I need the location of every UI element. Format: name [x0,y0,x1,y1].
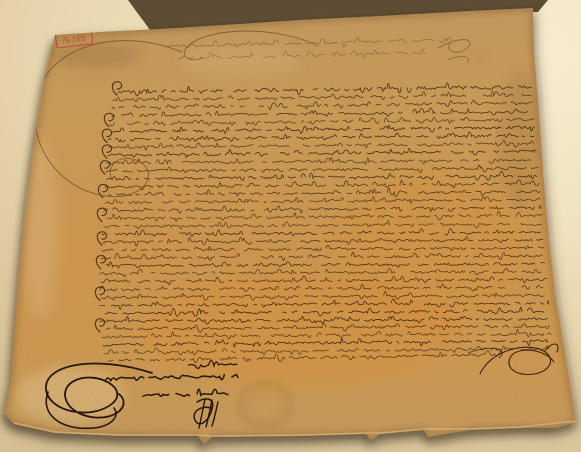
photograph-of-manuscript: №169 88 [0,0,581,452]
document-photo: №169 88 [0,0,581,452]
